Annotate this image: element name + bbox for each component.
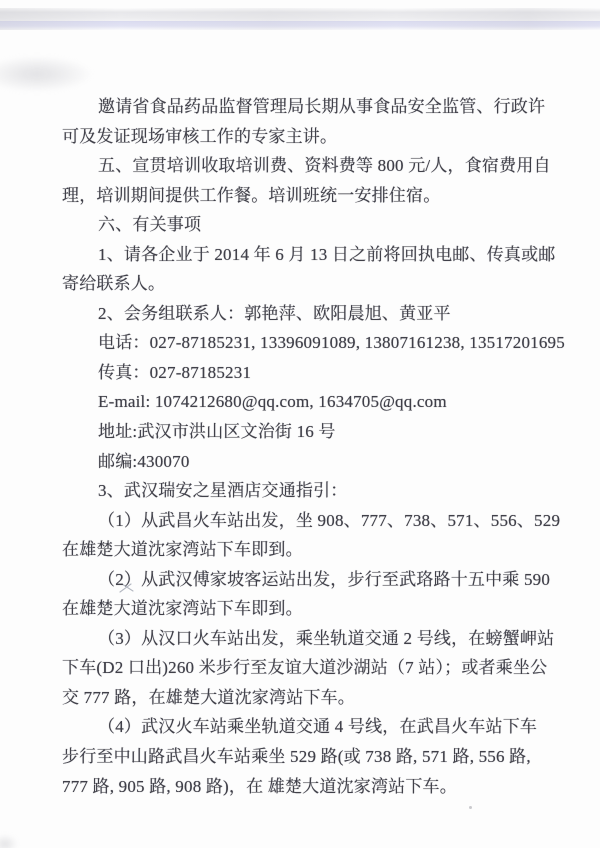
section-heading: 六、有关事项 <box>62 210 574 240</box>
scanner-artifact-noise <box>0 8 600 30</box>
document-body-text: 邀请省食品药品监督管理局长期从事食品安全监管、行政许 可及发证现场审核工作的专家… <box>62 92 574 801</box>
text-line: 1、请各企业于 2014 年 6 月 13 日之前将回执电邮、传真或邮 <box>62 240 574 270</box>
scan-smudge-top-left <box>0 56 92 92</box>
phone-line: 电话：027-87185231, 13396091089, 1380716123… <box>62 328 574 358</box>
text-line: 邀请省食品药品监督管理局长期从事食品安全监管、行政许 <box>62 92 574 122</box>
hotel-directions-heading: 3、武汉瑞安之星酒店交通指引： <box>62 476 574 506</box>
text-line: 理，培训期间提供工作餐。培训班统一安排住宿。 <box>62 181 574 211</box>
scan-speck <box>469 806 472 809</box>
scanned-document-page: 邀请省食品药品监督管理局长期从事食品安全监管、行政许 可及发证现场审核工作的专家… <box>0 0 600 848</box>
text-line: （1）从武昌火车站出发，坐 908、777、738、571、556、529 <box>62 506 574 536</box>
text-line: （4）武汉火车站乘坐轨道交通 4 号线，在武昌火车站下车 <box>62 712 574 742</box>
text-line: 步行至中山路武昌火车站乘坐 529 路(或 738 路, 571 路, 556 … <box>62 742 574 772</box>
contact-persons-line: 2、会务组联系人：郭艳萍、欧阳晨旭、黄亚平 <box>62 299 574 329</box>
email-line: E-mail: 1074212680@qq.com, 1634705@qq.co… <box>62 387 574 417</box>
text-line: 777 路, 905 路, 908 路)，在 雄楚大道沈家湾站下车。 <box>62 772 574 802</box>
text-line: （3）从汉口火车站出发，乘坐轨道交通 2 号线，在螃蟹岬站 <box>62 624 574 654</box>
postcode-line: 邮编:430070 <box>62 447 574 477</box>
text-line: 在雄楚大道沈家湾站下车即到。 <box>62 535 574 565</box>
address-line: 地址:武汉市洪山区文治街 16 号 <box>62 417 574 447</box>
fax-line: 传真：027-87185231 <box>62 358 574 388</box>
scan-smudge-bottom-left <box>0 834 18 848</box>
text-line: 交 777 路，在雄楚大道沈家湾站下车。 <box>62 683 574 713</box>
text-line: 下车(D2 口出)260 米步行至友谊大道沙湖站（7 站）；或者乘坐公 <box>62 653 574 683</box>
text-line: 五、宣贯培训收取培训费、资料费等 800 元/人，食宿费用自 <box>62 151 574 181</box>
text-line: 可及发证现场审核工作的专家主讲。 <box>62 122 574 152</box>
text-line: 寄给联系人。 <box>62 269 574 299</box>
text-line: 在雄楚大道沈家湾站下车即到。 <box>62 594 574 624</box>
text-line: （2）从武汉傅家坡客运站出发，步行至武珞路十五中乘 590 <box>62 565 574 595</box>
